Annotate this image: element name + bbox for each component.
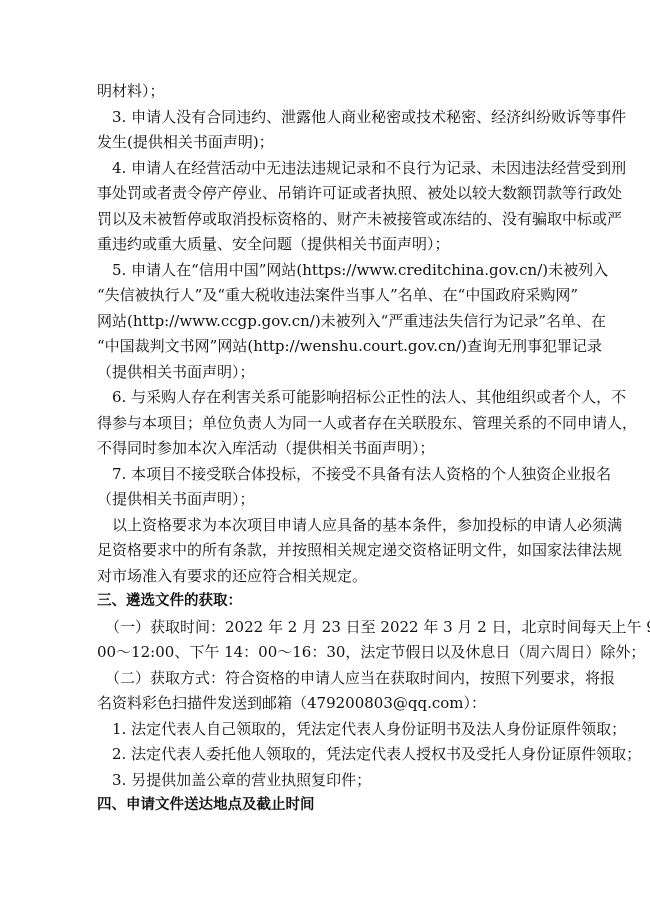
- text-line: 不得同时参加本次入库活动（提供相关书面声明）；: [97, 436, 553, 462]
- text-line: “失信被执行人”及“重大税收违法案件当事人”名单、在“中国政府采购网”: [97, 283, 553, 309]
- text-line: （提供相关书面声明）；: [97, 360, 553, 386]
- summary-paragraph: 以上资格要求为本次项目申请人应具备的基本条件，参加投标的申请人必须满: [97, 513, 553, 539]
- text-line: 足资格要求中的所有条款，并按照相关规定递交资格证明文件，如国家法律法规: [97, 538, 553, 564]
- text-line: 事处罚或者责令停产停业、吊销许可证或者执照、被处以较大数额罚款等行政处: [97, 181, 553, 207]
- text-line: 00～12:00、下午 14：00～16：30，法定节假日以及休息日（周六周日）…: [97, 640, 553, 666]
- requirement-item-6: 6. 与采购人存在利害关系可能影响招标公正性的法人、其他组织或者个人，不: [97, 385, 553, 411]
- text-line: （提供相关书面声明）；: [97, 487, 553, 513]
- requirement-item-7: 7. 本项目不接受联合体投标，不接受不具备有法人资格的个人独资企业报名: [97, 462, 553, 488]
- requirement-item-5: 5. 申请人在“信用中国”网站(https://www.creditchina.…: [97, 258, 553, 284]
- text-line: “中国裁判文书网”网站(http://wenshu.court.gov.cn/)…: [97, 334, 553, 360]
- text-line: 罚以及未被暂停或取消投标资格的、财产未被接管或冻结的、没有骗取中标或严: [97, 207, 553, 233]
- text-line: 明材料）；: [97, 79, 553, 105]
- text-line: 重违约或重大质量、安全问题（提供相关书面声明）；: [97, 232, 553, 258]
- text-line: 发生(提供相关书面声明)；: [97, 130, 553, 156]
- requirement-item-4: 4. 申请人在经营活动中无违法违规记录和不良行为记录、未因违法经营受到刑: [97, 156, 553, 182]
- method-item-3: 3. 另提供加盖公章的营业执照复印件；: [97, 768, 553, 794]
- acquisition-time: （一）获取时间：2022 年 2 月 23 日至 2022 年 3 月 2 日，…: [97, 615, 553, 641]
- requirement-item-3: 3. 申请人没有合同违约、泄露他人商业秘密或技术秘密、经济纠纷败诉等事件: [97, 105, 553, 131]
- text-line: 对市场准入有要求的还应符合相关规定。: [97, 564, 553, 590]
- method-item-2: 2. 法定代表人委托他人领取的，凭法定代表人授权书及受托人身份证原件领取；: [97, 742, 553, 768]
- method-item-1: 1. 法定代表人自己领取的，凭法定代表人身份证明书及法人身份证原件领取；: [97, 717, 553, 743]
- section-heading-3: 三、遴选文件的获取：: [97, 589, 553, 615]
- section-heading-4: 四、申请文件送达地点及截止时间: [97, 793, 553, 819]
- text-line: 网站(http://www.ccgp.gov.cn/)未被列入“严重违法失信行为…: [97, 309, 553, 335]
- text-line: 得参与本项目；单位负责人为同一人或者存在关联股东、管理关系的不同申请人，: [97, 411, 553, 437]
- document-page: 明材料）； 3. 申请人没有合同违约、泄露他人商业秘密或技术秘密、经济纠纷败诉等…: [97, 79, 553, 819]
- acquisition-method: （二）获取方式：符合资格的申请人应当在获取时间内，按照下列要求，将报: [97, 666, 553, 692]
- email-line: 名资料彩色扫描件发送到邮箱（479200803@qq.com）：: [97, 691, 553, 717]
